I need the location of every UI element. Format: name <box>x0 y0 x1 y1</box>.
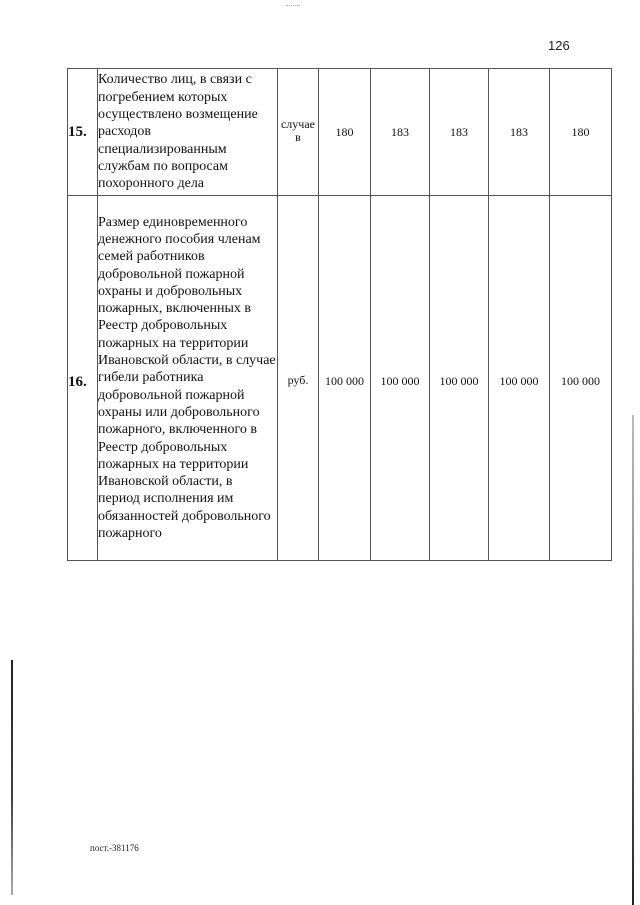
indicators-table: 15. Количество лиц, в связи с погребение… <box>67 68 612 561</box>
scan-artifact <box>286 5 300 16</box>
row-value: 100 000 <box>319 196 371 561</box>
row-description: Количество лиц, в связи с погребением ко… <box>98 69 278 196</box>
row-value: 180 <box>319 69 371 196</box>
row-value: 100 000 <box>550 196 612 561</box>
row-number: 16. <box>68 196 98 561</box>
row-unit: случаев <box>278 69 319 196</box>
row-value: 183 <box>430 69 489 196</box>
table-row: 15. Количество лиц, в связи с погребение… <box>68 69 612 196</box>
row-description: Размер единовременного денежного пособия… <box>98 196 278 561</box>
scan-edge-artifact <box>632 415 634 905</box>
row-number: 15. <box>68 69 98 196</box>
row-value: 100 000 <box>371 196 430 561</box>
row-value: 180 <box>550 69 612 196</box>
row-value: 100 000 <box>430 196 489 561</box>
scan-edge-artifact <box>11 660 13 895</box>
table-row: 16. Размер единовременного денежного пос… <box>68 196 612 561</box>
document-code: пост.-381176 <box>90 843 139 853</box>
row-value: 100 000 <box>489 196 550 561</box>
page-number: 126 <box>548 38 570 53</box>
row-unit: руб. <box>278 196 319 561</box>
row-value: 183 <box>489 69 550 196</box>
row-value: 183 <box>371 69 430 196</box>
